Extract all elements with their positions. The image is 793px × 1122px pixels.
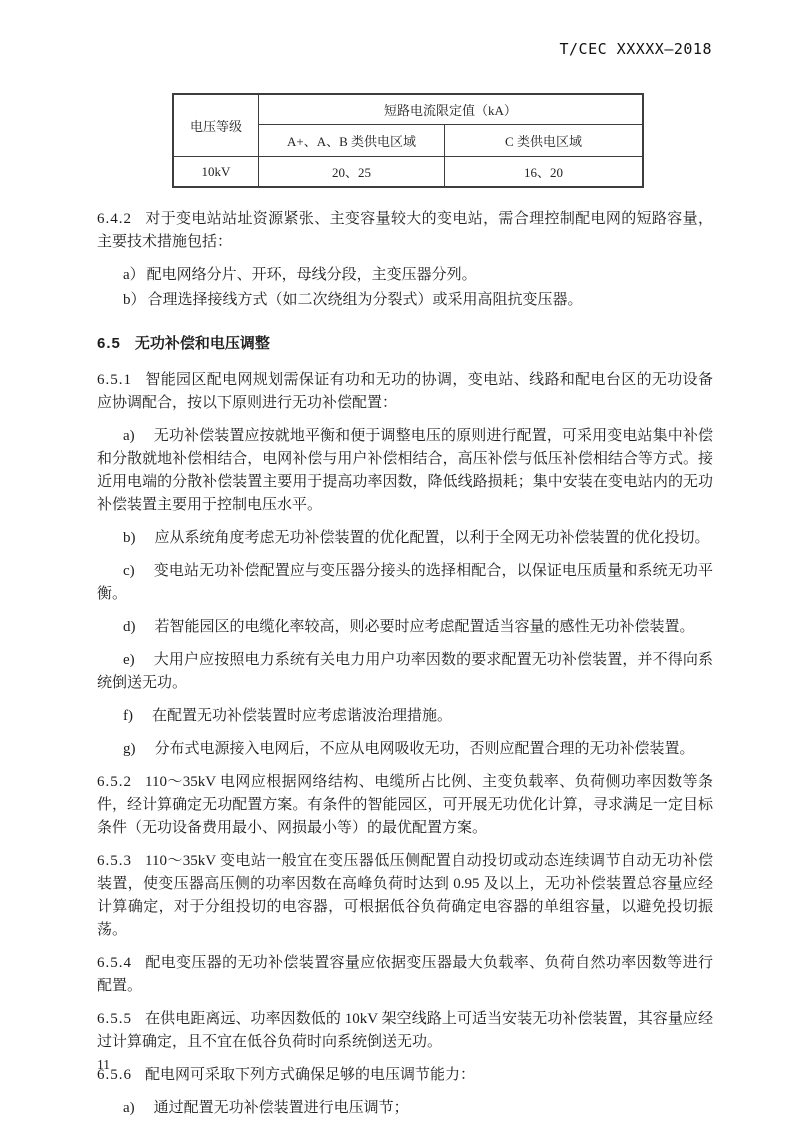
list-item-text: 在配置无功补偿装置时应考虑谐波治理措施。 — [152, 708, 452, 724]
list-item-text: 通过配置无功补偿装置进行电压调节； — [154, 1100, 409, 1116]
list-item: b）合理选择接线方式（如二次绕组为分裂式）或采用高阻抗变压器。 — [97, 289, 713, 312]
clause-6-5-3: 6.5.3110～35kV 变电站一般宜在变压器低压侧配置自动投切或动态连续调节… — [97, 850, 713, 942]
clause-6-5-2: 6.5.2110～35kV 电网应根据网络结构、电缆所占比例、主变负载率、负荷侧… — [97, 771, 713, 840]
short-circuit-limit-table: 电压等级 短路电流限定值（kA） A+、A、B 类供电区域 C 类供电区域 10… — [172, 93, 644, 188]
list-item-text: 合理选择接线方式（如二次绕组为分裂式）或采用高阻抗变压器。 — [148, 292, 583, 308]
list-item-label: a） — [123, 267, 145, 283]
list-item: a）配电网络分片、开环，母线分段，主变压器分列。 — [97, 264, 713, 287]
table-header-zone-ab: A+、A、B 类供电区域 — [259, 125, 445, 157]
list-item-text: 应从系统角度考虑无功补偿装置的优化配置，以利于全网无功补偿装置的优化投切。 — [155, 530, 710, 546]
document-page: T/CEC XXXXX—2018 电压等级 短路电流限定值（kA） A+、A、B… — [0, 0, 793, 1122]
list-item-f: f)在配置无功补偿装置时应考虑谐波治理措施。 — [97, 705, 713, 728]
clause-text: 配电网可采取下列方式确保足够的电压调节能力： — [145, 1067, 475, 1083]
clause-number: 6.4.2 — [97, 211, 132, 227]
list-item-a: a)无功补偿装置应按就地平衡和便于调整电压的原则进行配置，可采用变电站集中补偿和… — [97, 425, 713, 517]
list-item-text: 配电网络分片、开环，母线分段，主变压器分列。 — [147, 267, 477, 283]
cell-value-ab: 20、25 — [259, 157, 445, 188]
list-item-label: f) — [123, 708, 133, 724]
clause-text: 在供电距离远、功率因数低的 10kV 架空线路上可适当安装无功补偿装置，其容量应… — [97, 1011, 713, 1050]
table-row: 10kV 20、25 16、20 — [173, 157, 643, 188]
clause-6-5-4: 6.5.4配电变压器的无功补偿装置容量应依据变压器最大负载率、负荷自然功率因数等… — [97, 952, 713, 998]
list-item-b: b)应从系统角度考虑无功补偿装置的优化配置，以利于全网无功补偿装置的优化投切。 — [97, 527, 713, 550]
list-item-c: c)变电站无功补偿配置应与变压器分接头的选择相配合，以保证电压质量和系统无功平衡… — [97, 560, 713, 606]
clause-text: 对于变电站站址资源紧张、主变容量较大的变电站，需合理控制配电网的短路容量，主要技… — [97, 211, 713, 250]
list-item-label: e) — [123, 652, 135, 668]
list-item-g: g)分布式电源接入电网后，不应从电网吸收无功，否则应配置合理的无功补偿装置。 — [97, 738, 713, 761]
clause-6-5-5: 6.5.5在供电距离远、功率因数低的 10kV 架空线路上可适当安装无功补偿装置… — [97, 1008, 713, 1054]
clause-text: 110～35kV 电网应根据网络结构、电缆所占比例、主变负载率、负荷侧功率因数等… — [97, 774, 713, 836]
list-item-text: 若智能园区的电缆化率较高，则必要时应考虑配置适当容量的感性无功补偿装置。 — [155, 619, 695, 635]
clause-6-5-1: 6.5.1智能园区配电网规划需保证有功和无功的协调，变电站、线路和配电台区的无功… — [97, 369, 713, 415]
heading-title: 无功补偿和电压调整 — [135, 335, 270, 352]
list-item-label: b) — [123, 530, 136, 546]
heading-number: 6.5 — [97, 335, 121, 352]
clause-number: 6.5.3 — [97, 853, 132, 869]
list-item-text: 变电站无功补偿配置应与变压器分接头的选择相配合，以保证电压质量和系统无功平衡。 — [97, 563, 713, 602]
cell-value-c: 16、20 — [445, 157, 644, 188]
list-item-label: c) — [123, 563, 135, 579]
clause-text: 110～35kV 变电站一般宜在变压器低压侧配置自动投切或动态连续调节自动无功补… — [97, 853, 713, 938]
list-item-text: 分布式电源接入电网后，不应从电网吸收无功，否则应配置合理的无功补偿装置。 — [155, 741, 695, 757]
clause-text: 智能园区配电网规划需保证有功和无功的协调，变电站、线路和配电台区的无功设备应协调… — [97, 372, 713, 411]
clause-number: 6.5.2 — [97, 774, 132, 790]
clause-6-4-2-list: a）配电网络分片、开环，母线分段，主变压器分列。 b）合理选择接线方式（如二次绕… — [97, 264, 713, 312]
clause-number: 6.5.1 — [97, 372, 132, 388]
section-heading-6-5: 6.5无功补偿和电压调整 — [97, 332, 713, 355]
doc-number: T/CEC XXXXX—2018 — [560, 40, 713, 58]
list-item-label: d) — [123, 619, 136, 635]
list-item-label: g) — [123, 741, 136, 757]
page-content: 电压等级 短路电流限定值（kA） A+、A、B 类供电区域 C 类供电区域 10… — [97, 93, 713, 1122]
table-header-zone-c: C 类供电区域 — [445, 125, 644, 157]
clause-number: 6.5.5 — [97, 1011, 132, 1027]
clause-number: 6.5.4 — [97, 955, 132, 971]
list-item-label: b） — [123, 292, 146, 308]
table-header-limit: 短路电流限定值（kA） — [259, 94, 644, 125]
cell-voltage: 10kV — [173, 157, 259, 188]
table-header-voltage: 电压等级 — [173, 94, 259, 157]
list-item-d: d)若智能园区的电缆化率较高，则必要时应考虑配置适当容量的感性无功补偿装置。 — [97, 616, 713, 639]
clause-6-4-2: 6.4.2对于变电站站址资源紧张、主变容量较大的变电站，需合理控制配电网的短路容… — [97, 208, 713, 254]
list-item-text: 大用户应按照电力系统有关电力用户功率因数的要求配置无功补偿装置，并不得向系统倒送… — [97, 652, 713, 691]
list-item-a: a)通过配置无功补偿装置进行电压调节； — [97, 1097, 713, 1120]
list-item-label: a) — [123, 428, 135, 444]
list-item-text: 无功补偿装置应按就地平衡和便于调整电压的原则进行配置，可采用变电站集中补偿和分散… — [97, 428, 713, 513]
list-item-e: e)大用户应按照电力系统有关电力用户功率因数的要求配置无功补偿装置，并不得向系统… — [97, 649, 713, 695]
clause-text: 配电变压器的无功补偿装置容量应依据变压器最大负载率、负荷自然功率因数等进行配置。 — [97, 955, 713, 994]
list-item-label: a) — [123, 1100, 135, 1116]
clause-6-5-6: 6.5.6配电网可采取下列方式确保足够的电压调节能力： — [97, 1064, 713, 1087]
page-number: 11 — [97, 1057, 110, 1073]
